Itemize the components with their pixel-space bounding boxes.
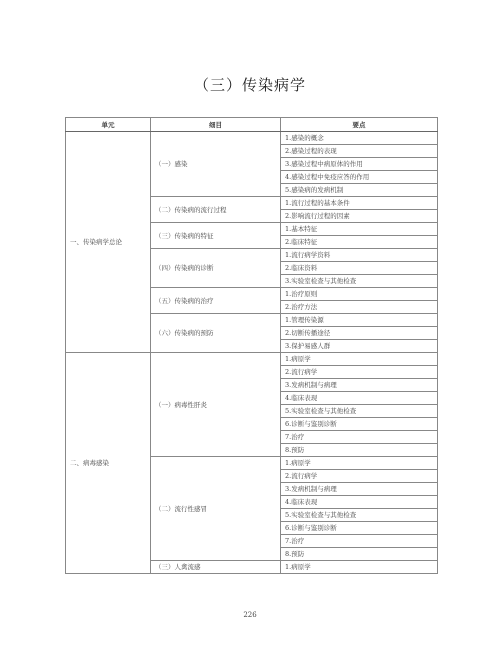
- header-unit: 单元: [66, 118, 151, 132]
- point-cell: 3.实验室检查与其他检查: [281, 275, 438, 288]
- item-cell: （三）传染病的特征: [151, 223, 281, 249]
- point-cell: 1.感染的概念: [281, 132, 438, 145]
- header-point: 要点: [281, 118, 438, 132]
- header-item: 细目: [151, 118, 281, 132]
- point-cell: 1.病原学: [281, 561, 438, 574]
- point-cell: 1.基本特征: [281, 223, 438, 236]
- point-cell: 3.发病机制与病理: [281, 483, 438, 496]
- point-cell: 4.临床表现: [281, 392, 438, 405]
- unit-cell: 一、传染病学总论: [66, 132, 151, 353]
- point-cell: 3.发病机制与病理: [281, 379, 438, 392]
- point-cell: 4.感染过程中免疫应答的作用: [281, 171, 438, 184]
- point-cell: 1.病原学: [281, 353, 438, 366]
- point-cell: 1.流行过程的基本条件: [281, 197, 438, 210]
- point-cell: 6.诊断与鉴别诊断: [281, 522, 438, 535]
- item-cell: （六）传染病的预防: [151, 314, 281, 353]
- table-row: 一、传染病学总论（一）感染1.感染的概念: [66, 132, 438, 145]
- page-title: （三）传染病学: [0, 74, 500, 95]
- point-cell: 8.预防: [281, 548, 438, 561]
- item-cell: （一）病毒性肝炎: [151, 353, 281, 457]
- point-cell: 1.病原学: [281, 457, 438, 470]
- point-cell: 3.保护易感人群: [281, 340, 438, 353]
- point-cell: 1.治疗原则: [281, 288, 438, 301]
- table-row: 二、病毒感染（一）病毒性肝炎1.病原学: [66, 353, 438, 366]
- point-cell: 6.诊断与鉴别诊断: [281, 418, 438, 431]
- point-cell: 3.感染过程中病原体的作用: [281, 158, 438, 171]
- item-cell: （二）传染病的流行过程: [151, 197, 281, 223]
- page-number: 226: [0, 611, 500, 619]
- unit-cell: 二、病毒感染: [66, 353, 151, 574]
- point-cell: 2.影响流行过程的因素: [281, 210, 438, 223]
- point-cell: 2.感染过程的表现: [281, 145, 438, 158]
- point-cell: 2.流行病学: [281, 470, 438, 483]
- point-cell: 7.治疗: [281, 535, 438, 548]
- point-cell: 7.治疗: [281, 431, 438, 444]
- point-cell: 8.预防: [281, 444, 438, 457]
- point-cell: 5.实验室检查与其他检查: [281, 509, 438, 522]
- point-cell: 2.治疗方法: [281, 301, 438, 314]
- item-cell: （三）人禽流感: [151, 561, 281, 574]
- point-cell: 1.流行病学资料: [281, 249, 438, 262]
- item-cell: （四）传染病的诊断: [151, 249, 281, 288]
- point-cell: 2.临床特征: [281, 236, 438, 249]
- point-cell: 5.感染病的发病机制: [281, 184, 438, 197]
- item-cell: （五）传染病的治疗: [151, 288, 281, 314]
- point-cell: 5.实验室检查与其他检查: [281, 405, 438, 418]
- point-cell: 1.管理传染源: [281, 314, 438, 327]
- table-body: 一、传染病学总论（一）感染1.感染的概念2.感染过程的表现3.感染过程中病原体的…: [66, 132, 438, 574]
- point-cell: 2.切断传播途径: [281, 327, 438, 340]
- syllabus-table: 单元 细目 要点 一、传染病学总论（一）感染1.感染的概念2.感染过程的表现3.…: [65, 117, 438, 574]
- table-header-row: 单元 细目 要点: [66, 118, 438, 132]
- item-cell: （一）感染: [151, 132, 281, 197]
- point-cell: 2.流行病学: [281, 366, 438, 379]
- point-cell: 4.临床表现: [281, 496, 438, 509]
- item-cell: （二）流行性感冒: [151, 457, 281, 561]
- point-cell: 2.临床资料: [281, 262, 438, 275]
